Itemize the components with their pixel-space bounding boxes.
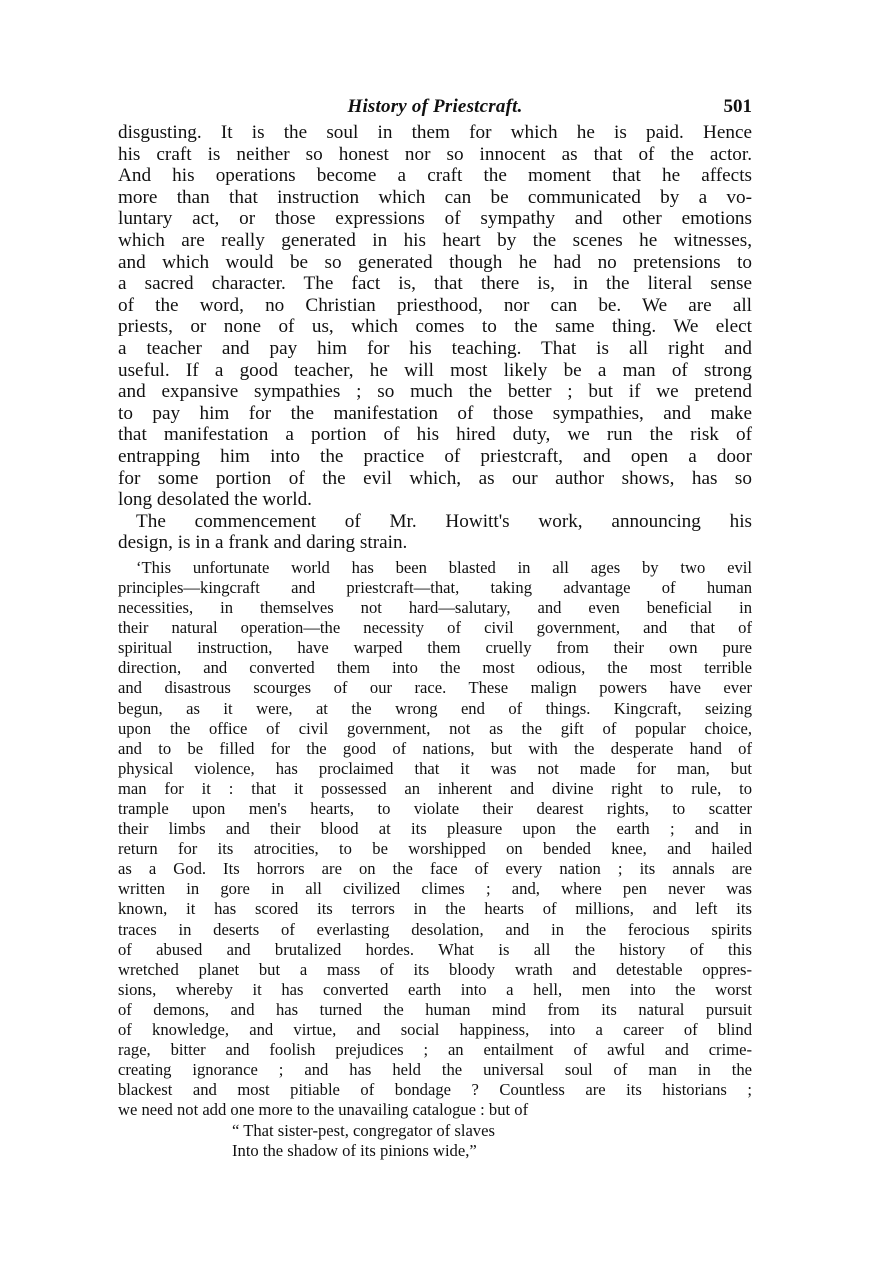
text-line: The commencement of Mr. Howitt's work, a… [118, 511, 752, 533]
verse-quotation: “ That sister-pest, congregator of slave… [232, 1121, 752, 1161]
quote-line: physical violence, has proclaimed that i… [118, 759, 752, 779]
quote-line: upon the office of civil government, not… [118, 719, 752, 739]
text-line: a sacred character. The fact is, that th… [118, 273, 752, 295]
block-quotation: ‘This unfortunate world has been blasted… [118, 558, 752, 1121]
quote-line: creating ignorance ; and has held the un… [118, 1060, 752, 1080]
page-number: 501 [724, 96, 753, 118]
quote-line: their limbs and their blood at its pleas… [118, 819, 752, 839]
text-line: and expansive sympathies ; so much the b… [118, 381, 752, 403]
quote-line: trample upon men's hearts, to violate th… [118, 799, 752, 819]
quote-line: of abused and brutalized hordes. What is… [118, 940, 752, 960]
quote-line: man for it : that it possessed an inhere… [118, 779, 752, 799]
text-line: more than that instruction which can be … [118, 187, 752, 209]
quote-line: their natural operation—the necessity of… [118, 618, 752, 638]
paragraph-commencement: The commencement of Mr. Howitt's work, a… [118, 511, 752, 554]
text-line: priests, or none of us, which comes to t… [118, 316, 752, 338]
text-line: useful. If a good teacher, he will most … [118, 360, 752, 382]
quote-line: return for its atrocities, to be worship… [118, 839, 752, 859]
text-line: of the word, no Christian priesthood, no… [118, 295, 752, 317]
quote-line: of demons, and has turned the human mind… [118, 1000, 752, 1020]
quote-line: rage, bitter and foolish prejudices ; an… [118, 1040, 752, 1060]
quote-line: ‘This unfortunate world has been blasted… [118, 558, 752, 578]
text-line: to pay him for the manifestation of thos… [118, 403, 752, 425]
quote-line: sions, whereby it has converted earth in… [118, 980, 752, 1000]
book-page: History of Priestcraft. 501 disgusting. … [118, 96, 752, 1161]
text-line: luntary act, or those expressions of sym… [118, 208, 752, 230]
verse-line: “ That sister-pest, congregator of slave… [232, 1121, 752, 1141]
running-title: History of Priestcraft. [118, 96, 752, 118]
quote-line: and to be filled for the good of nations… [118, 739, 752, 759]
text-line: for some portion of the evil which, as o… [118, 468, 752, 490]
quote-line: known, it has scored its terrors in the … [118, 899, 752, 919]
quote-line: necessities, in themselves not hard—salu… [118, 598, 752, 618]
text-line: a teacher and pay him for his teaching. … [118, 338, 752, 360]
text-line: design, is in a frank and daring strain. [118, 532, 752, 554]
quote-line: we need not add one more to the unavaili… [118, 1100, 752, 1120]
text-line: his craft is neither so honest nor so in… [118, 144, 752, 166]
quote-line: traces in deserts of everlasting desolat… [118, 920, 752, 940]
text-line: disgusting. It is the soul in them for w… [118, 122, 752, 144]
quote-line: and disastrous scourges of our race. The… [118, 678, 752, 698]
text-line: entrapping him into the practice of prie… [118, 446, 752, 468]
quote-line: written in gore in all civilized climes … [118, 879, 752, 899]
quote-line: blackest and most pitiable of bondage ? … [118, 1080, 752, 1100]
paragraph-priesthood: disgusting. It is the soul in them for w… [118, 122, 752, 511]
quote-line: direction, and converted them into the m… [118, 658, 752, 678]
quote-line: as a God. Its horrors are on the face of… [118, 859, 752, 879]
running-head: History of Priestcraft. 501 [118, 96, 752, 122]
quote-line: of knowledge, and virtue, and social hap… [118, 1020, 752, 1040]
text-line: And his operations become a craft the mo… [118, 165, 752, 187]
quote-line: wretched planet but a mass of its bloody… [118, 960, 752, 980]
verse-line: Into the shadow of its pinions wide,” [232, 1141, 752, 1161]
quote-line: begun, as it were, at the wrong end of t… [118, 699, 752, 719]
text-line: which are really generated in his heart … [118, 230, 752, 252]
quote-line: principles—kingcraft and priestcraft—tha… [118, 578, 752, 598]
text-line: and which would be so generated though h… [118, 252, 752, 274]
quote-line: spiritual instruction, have warped them … [118, 638, 752, 658]
text-line: long desolated the world. [118, 489, 752, 511]
text-line: that manifestation a portion of his hire… [118, 424, 752, 446]
